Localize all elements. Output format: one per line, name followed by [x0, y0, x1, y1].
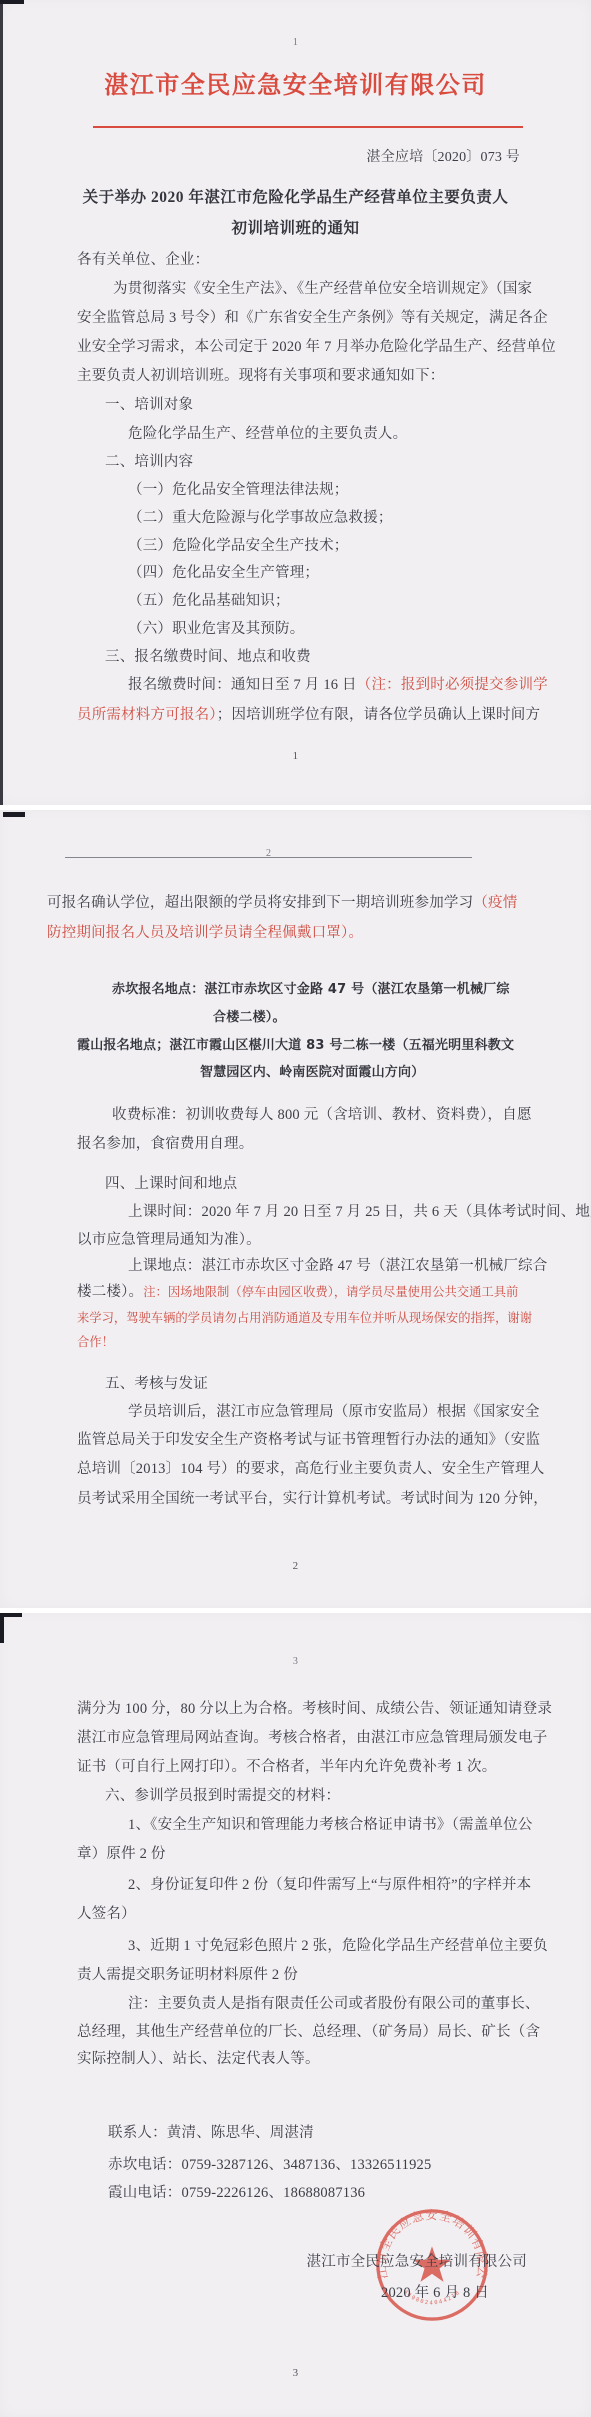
material-item-line: 人签名） [77, 1906, 136, 1923]
scan-fold-line [65, 857, 472, 858]
signature-date: 2020 年 6 月 8 日 [355, 2285, 515, 2302]
material-item-line: 3、近期 1 寸免冠彩色照片 2 张，危险化学品生产经营单位主要负 [128, 1938, 548, 1955]
page-top-marker: 1 [0, 34, 591, 51]
assessment-line: 监管总局关于印发安全生产资格考试与证书管理暂行办法的通知》（安监 [77, 1432, 540, 1449]
covid-note-red: 防控期间报名人员及培训学员请全程佩戴口罩）。 [47, 925, 363, 942]
scan-corner-artifact [3, 812, 25, 817]
material-item-line: 责人需提交职务证明材料原件 2 份 [77, 1967, 298, 1984]
parking-note-red: 来学习，驾驶车辆的学员请勿占用消防通道及专用车位并听从现场保安的指挥，谢谢 [77, 1310, 532, 1327]
overflow-text: 可报名确认学位，超出限额的学员将安排到下一期培训班参加学习 [47, 895, 473, 911]
xiashan-registration-address: 智慧园区内、岭南医院对面霞山方向） [200, 1064, 424, 1081]
class-place-line: 楼二楼）。注：因场地限制（停车由园区收费），请学员尽量使用公共交通工具前 [77, 1284, 518, 1301]
assessment-line: 满分为 100 分，80 分以上为合格。考核时间、成绩公告、领证通知请登录 [77, 1701, 552, 1718]
parking-note-red: 注：因场地限制（停车由园区收费），请学员尽量使用公共交通工具前 [143, 1285, 518, 1299]
notice-title-line-1: 关于举办 2020 年湛江市危险化学品生产经营单位主要负责人 [0, 189, 591, 206]
assessment-line: 总培训〔2013〕104 号）的要求，高危行业主要负责人、安全生产管理人 [77, 1461, 545, 1478]
page-top-marker: 3 [0, 1653, 591, 1670]
principal-definition-note: 总经理，其他生产经营单位的厂长、总经理、（矿务局）局长、矿长（含 [77, 2024, 540, 2041]
training-content-item: （五）危化品基础知识； [128, 593, 290, 610]
material-item-line: 2、身份证复印件 2 份（复印件需写上“与原件相符”的字样并本 [128, 1877, 531, 1894]
fee-standard-line: 报名参加，食宿费用自理。 [77, 1136, 253, 1153]
scan-edge-artifact [0, 0, 3, 805]
material-item-line: 章）原件 2 份 [77, 1846, 166, 1863]
training-content-item: （一）危化品安全管理法律法规； [128, 482, 349, 499]
section-2-heading: 二、培训内容 [105, 454, 193, 471]
covid-note-red: （疫情 [473, 895, 517, 911]
intro-line: 为贯彻落实《安全生产法》、《生产经营单位安全培训规定》（国家 [113, 281, 532, 298]
scan-corner-artifact [0, 1613, 22, 1617]
parking-note-red: 合作！ [77, 1334, 114, 1351]
fee-time-note-red: （注：报到时必须提交参训学 [357, 677, 548, 693]
principal-definition-note: 注：主要负责人是指有限责任公司或者股份有限公司的董事长、 [128, 1996, 540, 2013]
class-time-line: 以市应急管理局通知为准）。 [77, 1232, 261, 1249]
scan-corner-artifact [0, 1613, 4, 1643]
section-1-body: 危险化学品生产、经营单位的主要负责人。 [128, 426, 407, 443]
fee-time-line: 报名缴费时间：通知日至 7 月 16 日（注：报到时必须提交参训学 [128, 677, 548, 694]
chikan-phone-line: 赤坎电话：0759-3287126、3487136、13326511925 [108, 2157, 431, 2174]
chikan-registration-address: 合楼二楼）。 [213, 1009, 286, 1026]
page-number: 1 [0, 748, 591, 765]
section-6-heading: 六、参训学员报到时需提交的材料： [105, 1788, 340, 1805]
signature-company: 湛江市全民应急安全培训有限公司 [307, 2254, 528, 2271]
fee-time-note-red: 员所需材料方可报名） [77, 707, 217, 723]
page-number: 2 [0, 1558, 591, 1575]
fee-standard-line: 收费标准：初训收费每人 800 元（含培训、教材、资料费），自愿 [112, 1107, 532, 1124]
xiashan-registration-address: 霞山报名地点；湛江市霞山区椹川大道 83 号二栋一楼（五福光明里科教文 [77, 1037, 514, 1054]
class-time-line: 上课时间：2020 年 7 月 20 日至 7 月 25 日，共 6 天（具体考… [128, 1204, 591, 1221]
page-2: 2 可报名确认学位，超出限额的学员将安排到下一期培训班参加学习（疫情 防控期间报… [0, 810, 591, 1608]
document-number: 湛全应培〔2020〕073 号 [367, 149, 521, 166]
assessment-line: 证书（可自行上网打印）。不合格者，半年内允许免费补考 1 次。 [77, 1759, 496, 1776]
notice-title-line-2: 初训培训班的通知 [0, 220, 591, 237]
section-5-heading: 五、考核与发证 [105, 1376, 208, 1393]
intro-line: 业安全学习需求，本公司定于 2020 年 7 月举办危险化学品生产、经营单位 [77, 339, 556, 356]
fee-time-line: 员所需材料方可报名）；因培训班学位有限，请各位学员确认上课时间方 [77, 707, 540, 724]
section-4-heading: 四、上课时间和地点 [105, 1176, 237, 1193]
fee-time-text: ；因培训班学位有限，请各位学员确认上课时间方 [217, 707, 540, 723]
assessment-line: 湛江市应急管理局网站查询。考核合格者，由湛江市应急管理局颁发电子 [77, 1730, 547, 1747]
company-letterhead-title: 湛江市全民应急安全培训有限公司 [0, 78, 591, 95]
assessment-line: 员考试采用全国统一考试平台，实行计算机考试。考试时间为 120 分钟， [77, 1491, 548, 1508]
training-content-item: （二）重大危险源与化学事故应急救援； [128, 510, 393, 527]
salutation: 各有关单位、企业： [77, 252, 209, 269]
page-top-marker: 2 [266, 845, 271, 862]
material-item-line: 1、《安全生产知识和管理能力考核合格证申请书》（需盖单位公 [128, 1817, 533, 1834]
intro-line: 安全监管总局 3 号令）和《广东省安全生产条例》等有关规定，满足各企 [77, 310, 548, 327]
overflow-line: 可报名确认学位，超出限额的学员将安排到下一期培训班参加学习（疫情 [47, 895, 517, 912]
page-1: 1 湛江市全民应急安全培训有限公司 湛全应培〔2020〕073 号 关于举办 2… [0, 0, 591, 805]
class-place-text: 楼二楼）。 [77, 1284, 143, 1300]
training-content-item: （三）危险化学品安全生产技术； [128, 538, 349, 555]
contact-person-line: 联系人：黄清、陈思华、周湛清 [108, 2125, 314, 2142]
training-content-item: （六）职业危害及其预防。 [128, 621, 304, 638]
class-place-line: 上课地点：湛江市赤坎区寸金路 47 号（湛江农垦第一机械厂综合 [128, 1258, 547, 1275]
training-content-item: （四）危化品安全生产管理； [128, 565, 319, 582]
intro-line: 主要负责人初训培训班。现将有关事项和要求通知如下： [77, 368, 445, 385]
section-3-heading: 三、报名缴费时间、地点和收费 [105, 649, 311, 666]
assessment-line: 学员培训后，湛江市应急管理局（原市安监局）根据《国家安全 [128, 1404, 540, 1421]
principal-definition-note: 实际控制人）、站长、法定代表人等。 [77, 2051, 320, 2068]
fee-time-text: 报名缴费时间：通知日至 7 月 16 日 [128, 677, 357, 693]
chikan-registration-address: 赤坎报名地点：湛江市赤坎区寸金路 47 号（湛江农垦第一机械厂综 [112, 981, 510, 998]
xiashan-phone-line: 霞山电话：0759-2226126、18688087136 [108, 2185, 365, 2202]
section-1-heading: 一、培训对象 [105, 397, 193, 414]
page-3: 3 满分为 100 分，80 分以上为合格。考核时间、成绩公告、领证通知请登录 … [0, 1613, 591, 2417]
scan-corner-artifact [0, 0, 24, 4]
page-number: 3 [0, 2365, 591, 2382]
letterhead-rule [93, 126, 523, 128]
